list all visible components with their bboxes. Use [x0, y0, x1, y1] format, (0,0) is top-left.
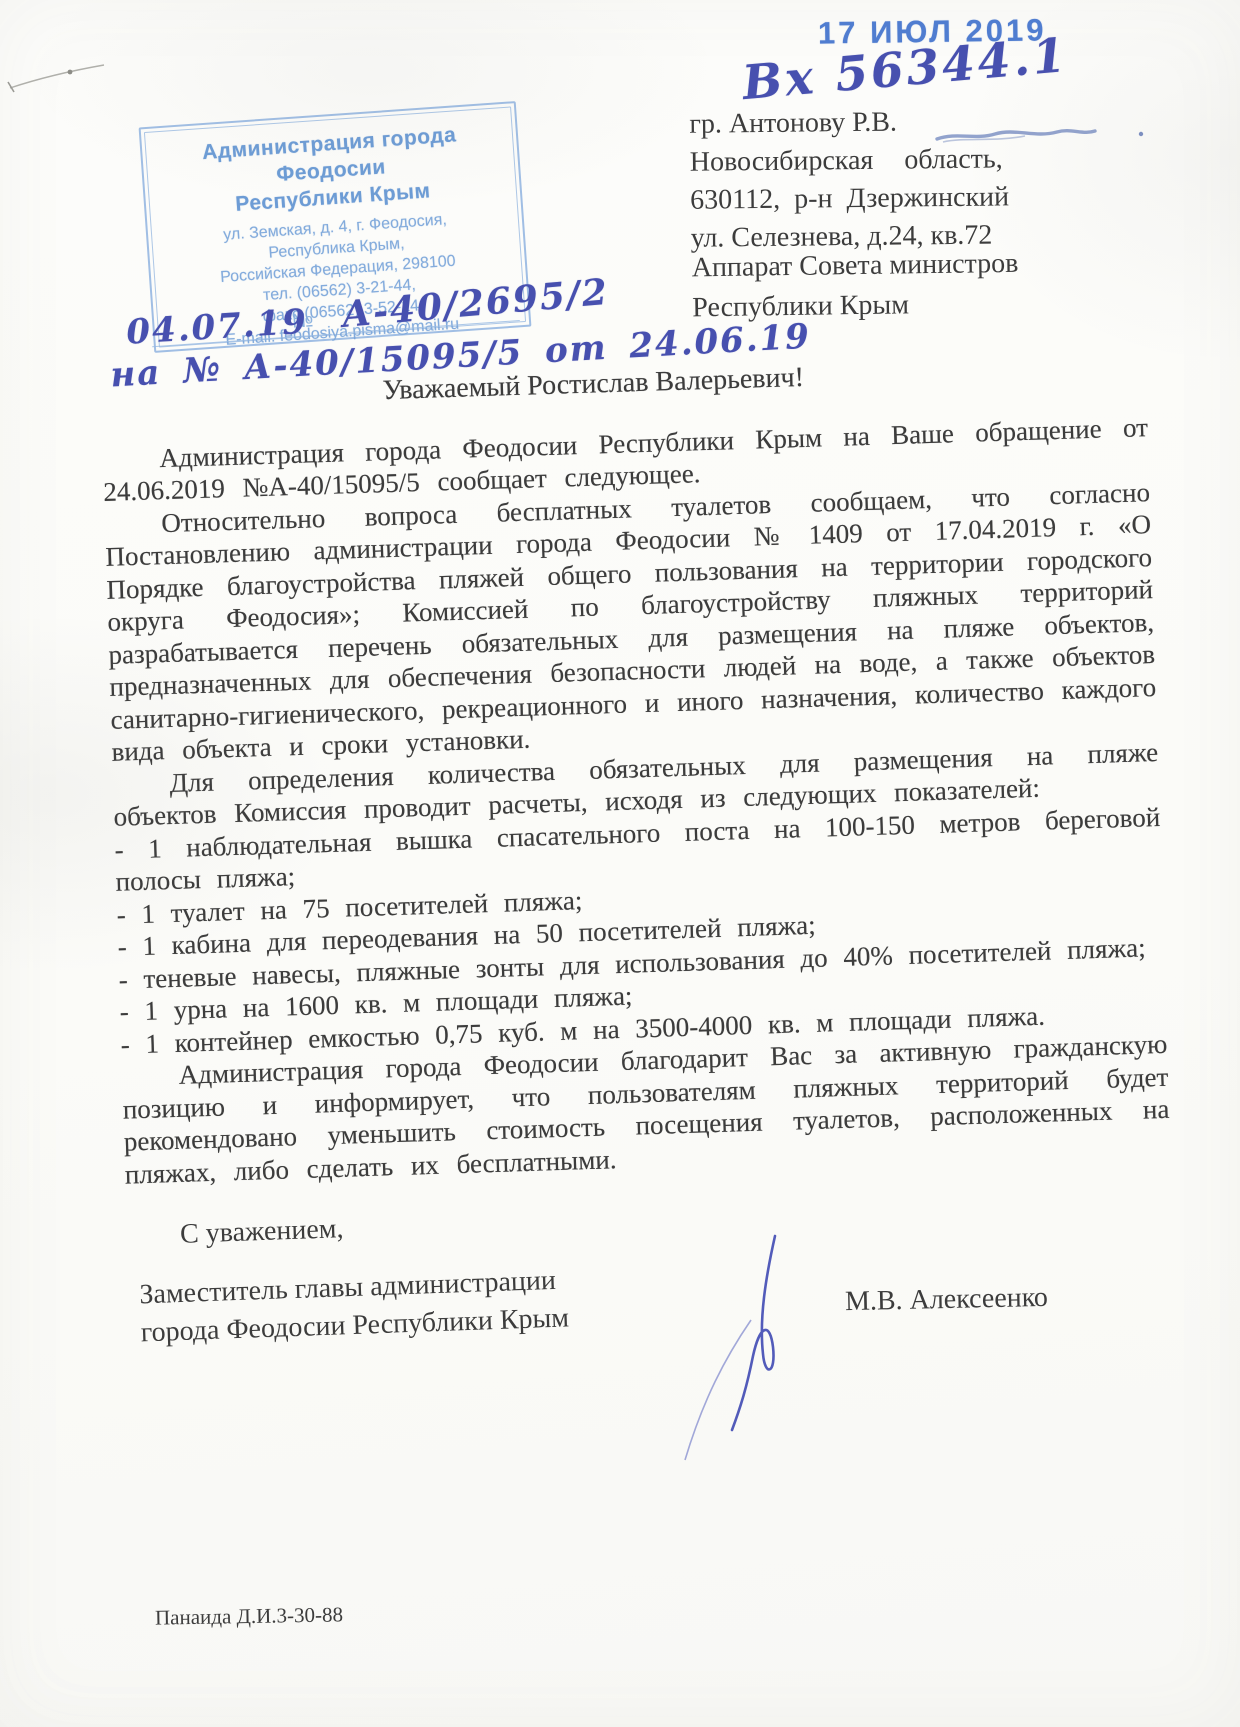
signer-name: М.В. Алексеенко [845, 1282, 1049, 1318]
recipient-name: гр. Антонову Р.В. [689, 102, 1019, 143]
closing-phrase: С уважением, [179, 1213, 344, 1251]
organization-line: Аппарат Совета министров [691, 244, 1032, 289]
paper-crease-mark [4, 48, 124, 98]
paragraph: Относительно вопроса бесплатных туалетов… [104, 476, 1158, 769]
scanned-letter-page: 17 ИЮЛ 2019 Вх 56344.1 гр. Антонову Р.В.… [0, 0, 1240, 1727]
recipient-address-block: гр. Антонову Р.В. Новосибирская область,… [689, 102, 1021, 257]
signature [655, 1228, 805, 1463]
letter-body: Уважаемый Ростислав Валерьевич! Админист… [100, 351, 1171, 1190]
recipient-organization: Аппарат Совета министров Республики Крым [691, 244, 1032, 329]
recipient-region: Новосибирская область, [690, 140, 1020, 181]
executor-note: Панаида Д.И.3-30-88 [155, 1602, 343, 1630]
signer-position: Заместитель главы администрации города Ф… [139, 1260, 621, 1353]
recipient-district: 630112, р-н Дзержинский [690, 178, 1020, 219]
